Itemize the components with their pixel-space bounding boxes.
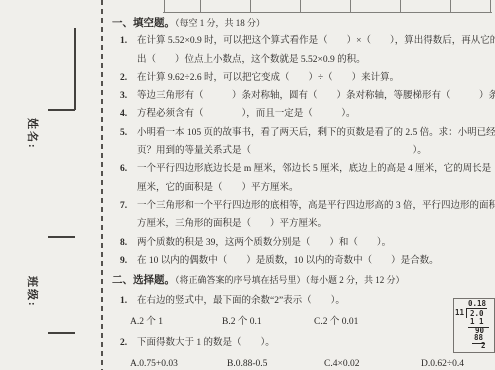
option: D.0.62÷0.4 (421, 354, 495, 370)
question-text: 在计算 5.52×0.9 时，可以把这个算式看作是（ ）×（ ），算出得数后，再… (137, 36, 495, 46)
option: B.2 个 0.1 (222, 312, 314, 333)
question-text: 方程必须含有（ ），而且一定是（ ）。 (137, 109, 356, 119)
question-number: 7. (120, 197, 127, 215)
question-text: 等边三角形有（ ）条对称轴，圆有（ ）条对称轴，等腰梯形有（ ）条对称轴。 (137, 91, 495, 101)
question-line: 8.两个质数的积是 39，这两个质数分别是（ ）和（ ）。 (106, 234, 495, 252)
question-line: 9.在 10 以内的偶数中（ ）是质数，10 以内的奇数中（ ）是合数。 (106, 252, 495, 270)
question-text: 厘米，它的面积是（ ）平方厘米。 (137, 183, 299, 193)
section-meta: （每空 1 分，共 18 分） (175, 18, 265, 28)
margin-rule (74, 28, 76, 110)
score-table-bottom-line (163, 12, 492, 13)
section-heading: 一、填空题。（每空 1 分，共 18 分） (106, 14, 495, 32)
margin-tick (48, 332, 75, 334)
question-text: 方厘米，三角形的面积是（ ）平方厘米。 (137, 219, 327, 229)
question-line: 2.下面得数大于 1 的数是（ ）。 (106, 333, 495, 354)
division-step: 2 (481, 342, 486, 350)
question-line: 出（ ）位点上小数点，这个数就是 5.52×0.9 的积。 (106, 51, 495, 69)
option: C.2 个 0.01 (314, 312, 406, 333)
question-line: 页？用到的等量关系式是（ ）。 (106, 142, 495, 160)
question-line: 3.等边三角形有（ ）条对称轴，圆有（ ）条对称轴，等腰梯形有（ ）条对称轴。 (106, 87, 495, 105)
question-line: 7.一个三角形和一个平行四边形的底相等，高是平行四边形高的 3 倍，平行四边形的… (106, 197, 495, 215)
options-row: A.2 个 1B.2 个 0.1C.2 个 0.01 (106, 312, 495, 333)
question-text: 页？用到的等量关系式是（ ）。 (137, 146, 427, 156)
question-text: 下面得数大于 1 的数是（ ）。 (137, 338, 275, 348)
question-number: 4. (120, 105, 127, 123)
question-number: 6. (120, 160, 127, 178)
exam-paper-page: { "paper": { "background": "#f0efeb", "i… (0, 0, 495, 370)
question-text: 一个三角形和一个平行四边形的底相等，高是平行四边形高的 3 倍，平行四边形的面积… (137, 201, 495, 211)
score-table-divider (490, 0, 491, 12)
score-table-divider (400, 0, 401, 12)
score-table-divider (200, 0, 201, 12)
question-text: 两个质数的积是 39，这两个质数分别是（ ）和（ ）。 (137, 238, 391, 248)
question-text: 出（ ）位点上小数点，这个数就是 5.52×0.9 的积。 (137, 55, 366, 65)
class-label: 班级: (27, 276, 41, 320)
question-line: 厘米，它的面积是（ ）平方厘米。 (106, 179, 495, 197)
option: A.2 个 1 (130, 312, 222, 333)
division-divisor: 11 (455, 309, 464, 317)
question-line: 2.在计算 9.62÷2.6 时，可以把它变成（ ）÷（ ）来计算。 (106, 69, 495, 87)
question-number: 8. (120, 234, 127, 252)
question-text: 在计算 9.62÷2.6 时，可以把它变成（ ）÷（ ）来计算。 (137, 73, 399, 83)
binding-dashed-line (101, 0, 103, 370)
option: B.0.88-0.5 (227, 354, 324, 370)
division-quotient: 0.18 (468, 300, 486, 308)
question-number: 1. (120, 291, 127, 312)
section-meta: （将正确答案的序号填在括号里）（每小题 2 分，共 12 分） (175, 275, 405, 285)
options-row: A.0.75+0.03B.0.88-0.5C.4×0.02D.0.62÷0.4 (106, 354, 495, 370)
question-number: 1. (120, 32, 127, 50)
question-line: 4.方程必须含有（ ），而且一定是（ ）。 (106, 105, 495, 123)
question-text: 在右边的竖式中，最下面的余数“2”表示（ ）。 (137, 296, 345, 306)
section-title: 一、填空题。 (112, 18, 175, 29)
option: C.4×0.02 (324, 354, 421, 370)
question-line: 1.在计算 5.52×0.9 时，可以把这个算式看作是（ ）×（ ），算出得数后… (106, 32, 495, 50)
name-label: 姓名: (27, 118, 41, 162)
question-number: 2. (120, 69, 127, 87)
question-number: 9. (120, 252, 127, 270)
question-line: 5.小明看一本 105 页的故事书，看了两天后，剩下的页数是看了的 2.5 倍。… (106, 124, 495, 142)
score-table-divider (250, 0, 251, 12)
score-table-divider (300, 0, 301, 12)
margin-tick (48, 109, 75, 111)
question-number: 3. (120, 87, 127, 105)
score-table-divider (350, 0, 351, 12)
section-title: 二、选择题。 (112, 275, 175, 286)
question-number: 5. (120, 124, 127, 142)
section-heading: 二、选择题。（将正确答案的序号填在括号里）（每小题 2 分，共 12 分） (106, 270, 495, 291)
score-table-divider (450, 0, 451, 12)
exam-content: 一、填空题。（每空 1 分，共 18 分）1.在计算 5.52×0.9 时，可以… (106, 14, 495, 370)
score-table-divider (164, 0, 165, 12)
question-line: 1.在右边的竖式中，最下面的余数“2”表示（ ）。 (106, 291, 495, 312)
question-text: 一个平行四边形底边长是 m 厘米，邻边长 5 厘米，底边上的高是 4 厘米，它的… (137, 164, 495, 174)
question-text: 小明看一本 105 页的故事书，看了两天后，剩下的页数是看了的 2.5 倍。求：… (137, 128, 495, 138)
long-division-box: 0.18 11 2.0 1 1 90 88 2 (453, 298, 495, 353)
margin-tick (48, 236, 75, 238)
question-number: 2. (120, 333, 127, 354)
question-line: 6.一个平行四边形底边长是 m 厘米，邻边长 5 厘米，底边上的高是 4 厘米，… (106, 160, 495, 178)
option: A.0.75+0.03 (130, 354, 227, 370)
question-line: 方厘米，三角形的面积是（ ）平方厘米。 (106, 215, 495, 233)
question-text: 在 10 以内的偶数中（ ）是质数，10 以内的奇数中（ ）是合数。 (137, 256, 439, 266)
